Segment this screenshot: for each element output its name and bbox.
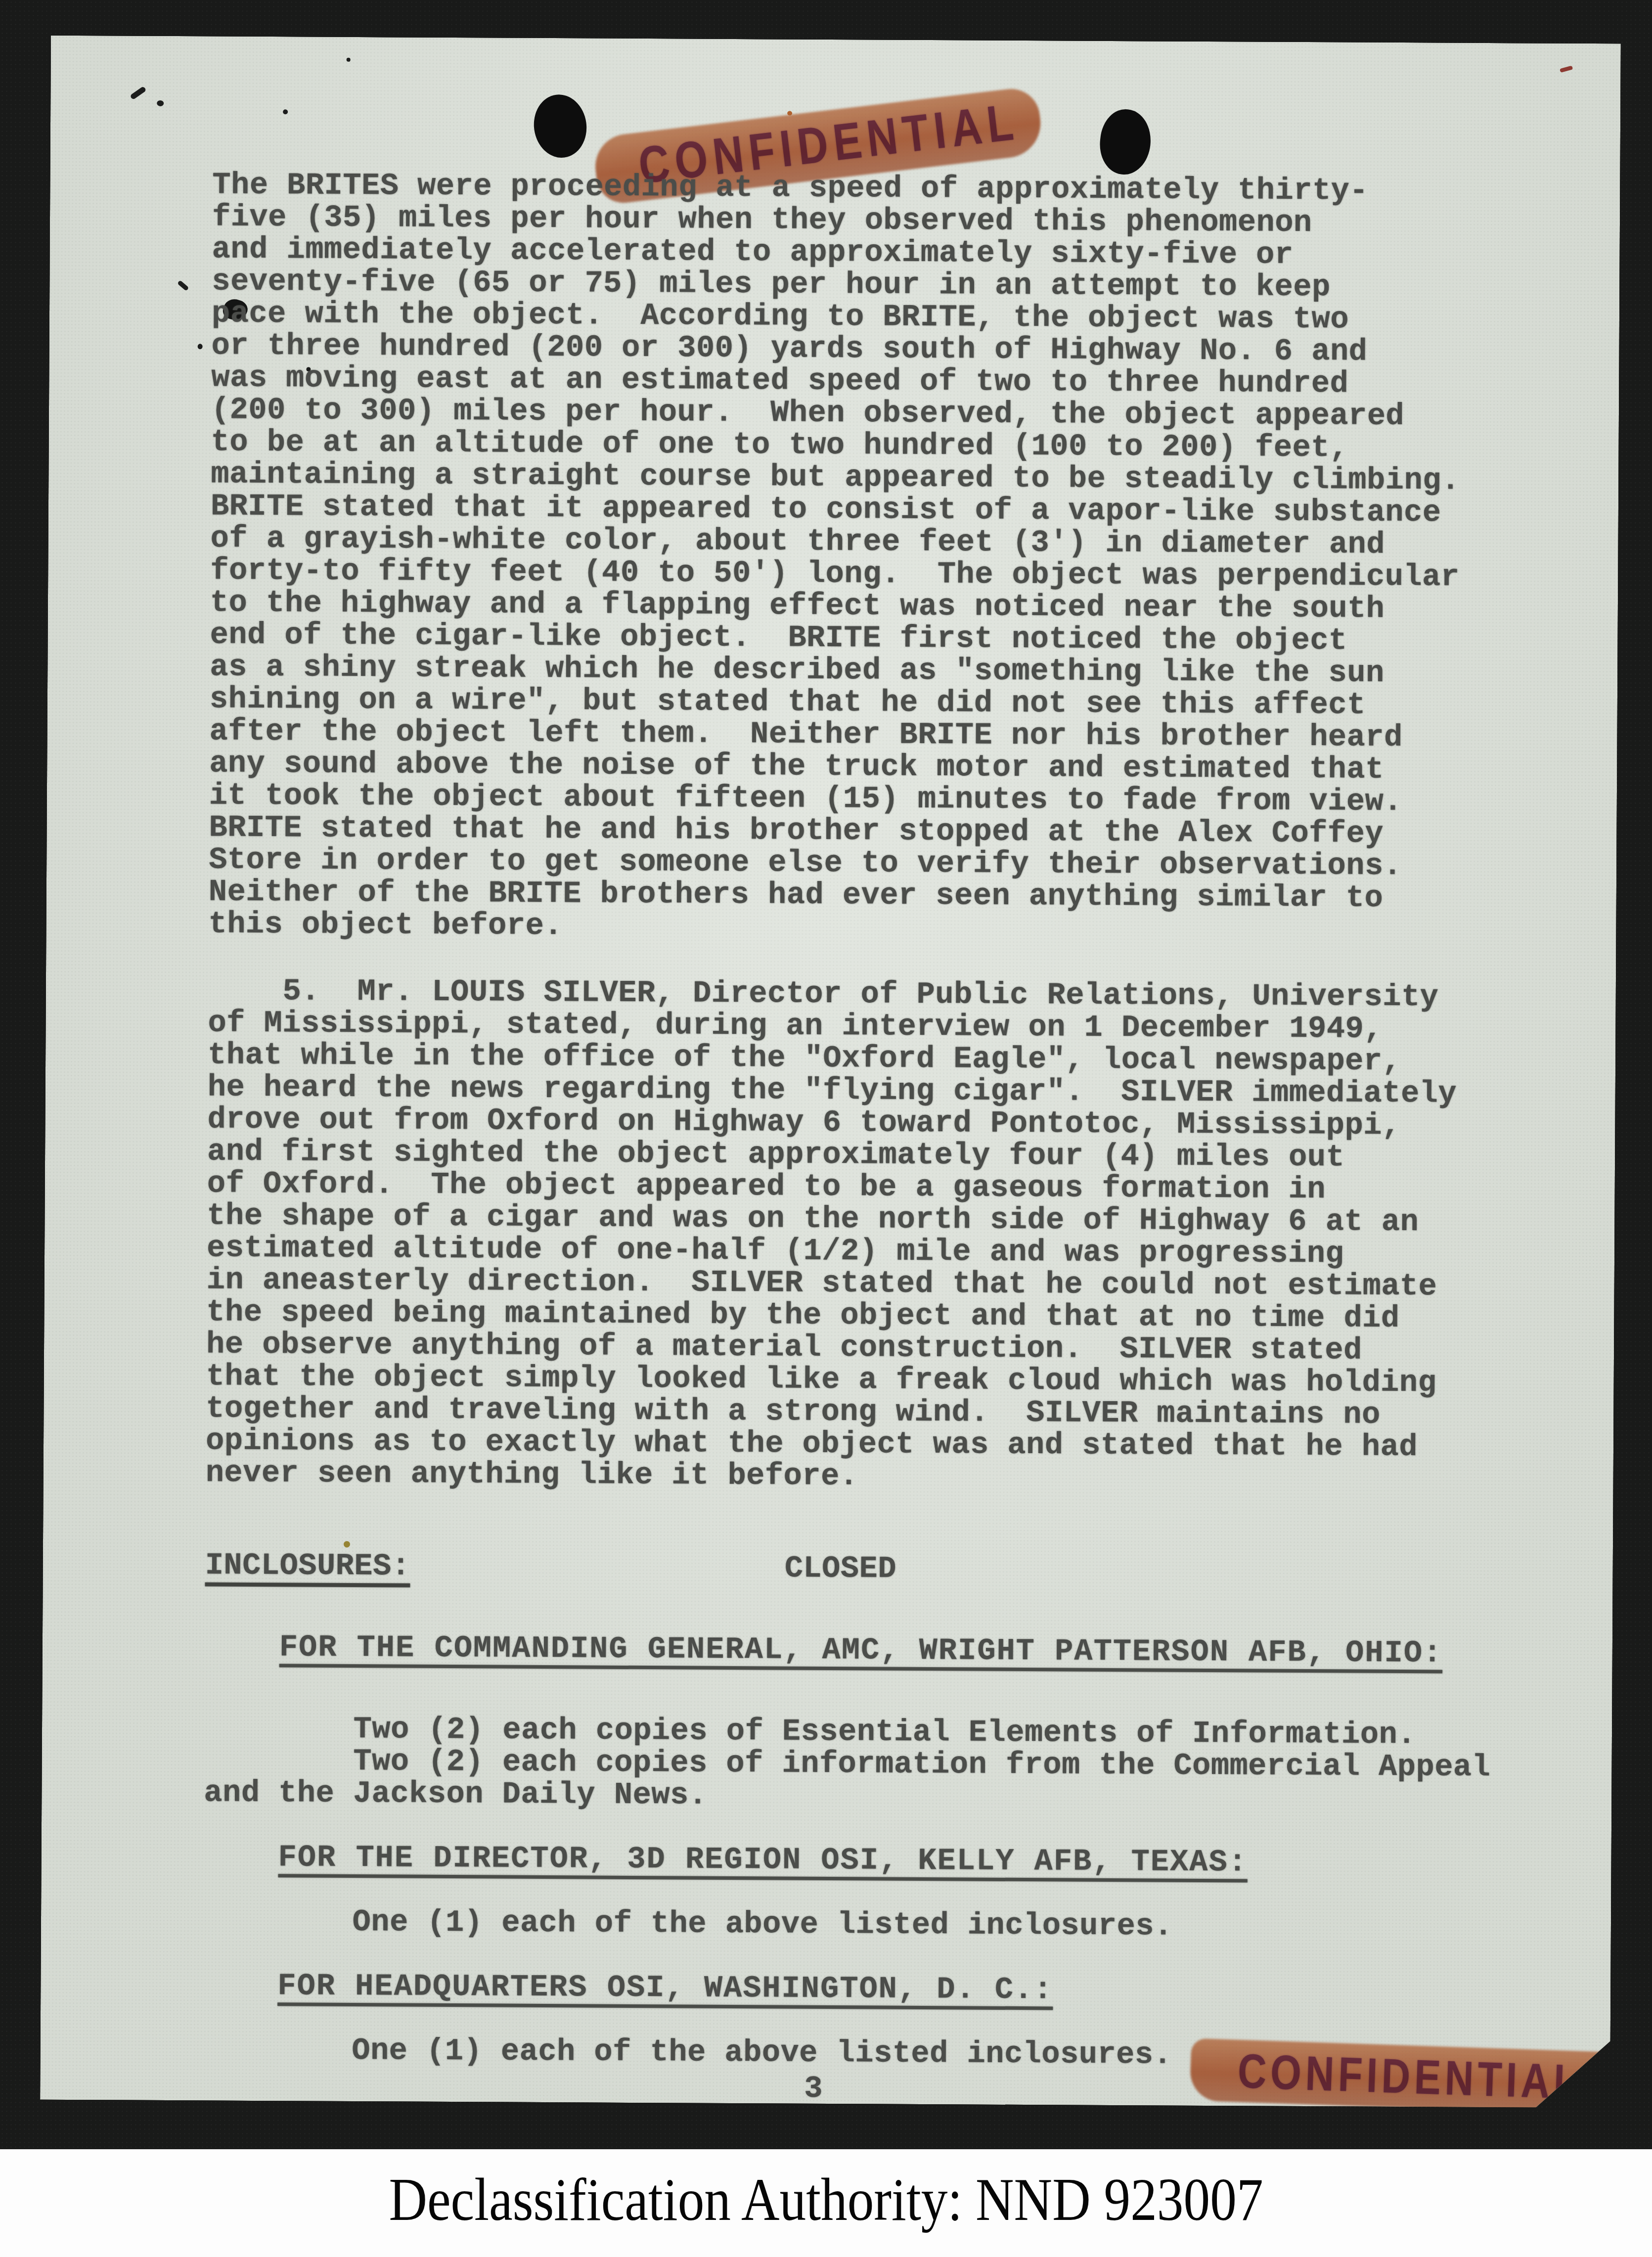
declassification-banner: Declassification Authority: NND 923007	[0, 2149, 1652, 2257]
brite-paragraph: The BRITES were proceeding at a speed of…	[208, 169, 1461, 946]
ink-speck	[177, 280, 189, 291]
closed-status: CLOSED	[785, 1552, 897, 1585]
declassification-authority-text: Declassification Authority: NND 923007	[99, 2166, 1553, 2235]
punch-hole-icon	[1097, 107, 1154, 177]
orange-speck	[787, 111, 792, 116]
distribution-heading-amc: FOR THE COMMANDING GENERAL, AMC, WRIGHT …	[279, 1631, 1443, 1669]
distribution-body-amc: Two (2) each copies of Essential Element…	[204, 1712, 1491, 1815]
ink-speck	[130, 86, 146, 100]
red-pen-mark	[1560, 66, 1573, 73]
distribution-heading-3d-region: FOR THE DIRECTOR, 3D REGION OSI, KELLY A…	[278, 1841, 1248, 1878]
scanned-page: CONFIDENTIAL The BRITES were proceeding …	[40, 36, 1621, 2108]
olive-speck	[344, 1541, 350, 1548]
ink-speck	[283, 109, 288, 114]
distribution-body-3d-region: One (1) each of the above listed inclosu…	[203, 1905, 1173, 1942]
inclosures-label: INCLOSURES:	[205, 1549, 410, 1582]
distribution-body-hq-osi: One (1) each of the above listed inclosu…	[202, 2034, 1172, 2071]
ink-speck	[198, 344, 203, 349]
page-number: 3	[804, 2073, 823, 2105]
punch-hole-icon	[530, 91, 590, 161]
silver-paragraph: 5. Mr. LOUIS SILVER, Director of Public …	[206, 974, 1458, 1495]
distribution-heading-hq-osi: FOR HEADQUARTERS OSI, WASHINGTON, D. C.:	[277, 1970, 1053, 2006]
ink-speck	[157, 100, 164, 106]
ink-speck	[347, 58, 351, 62]
